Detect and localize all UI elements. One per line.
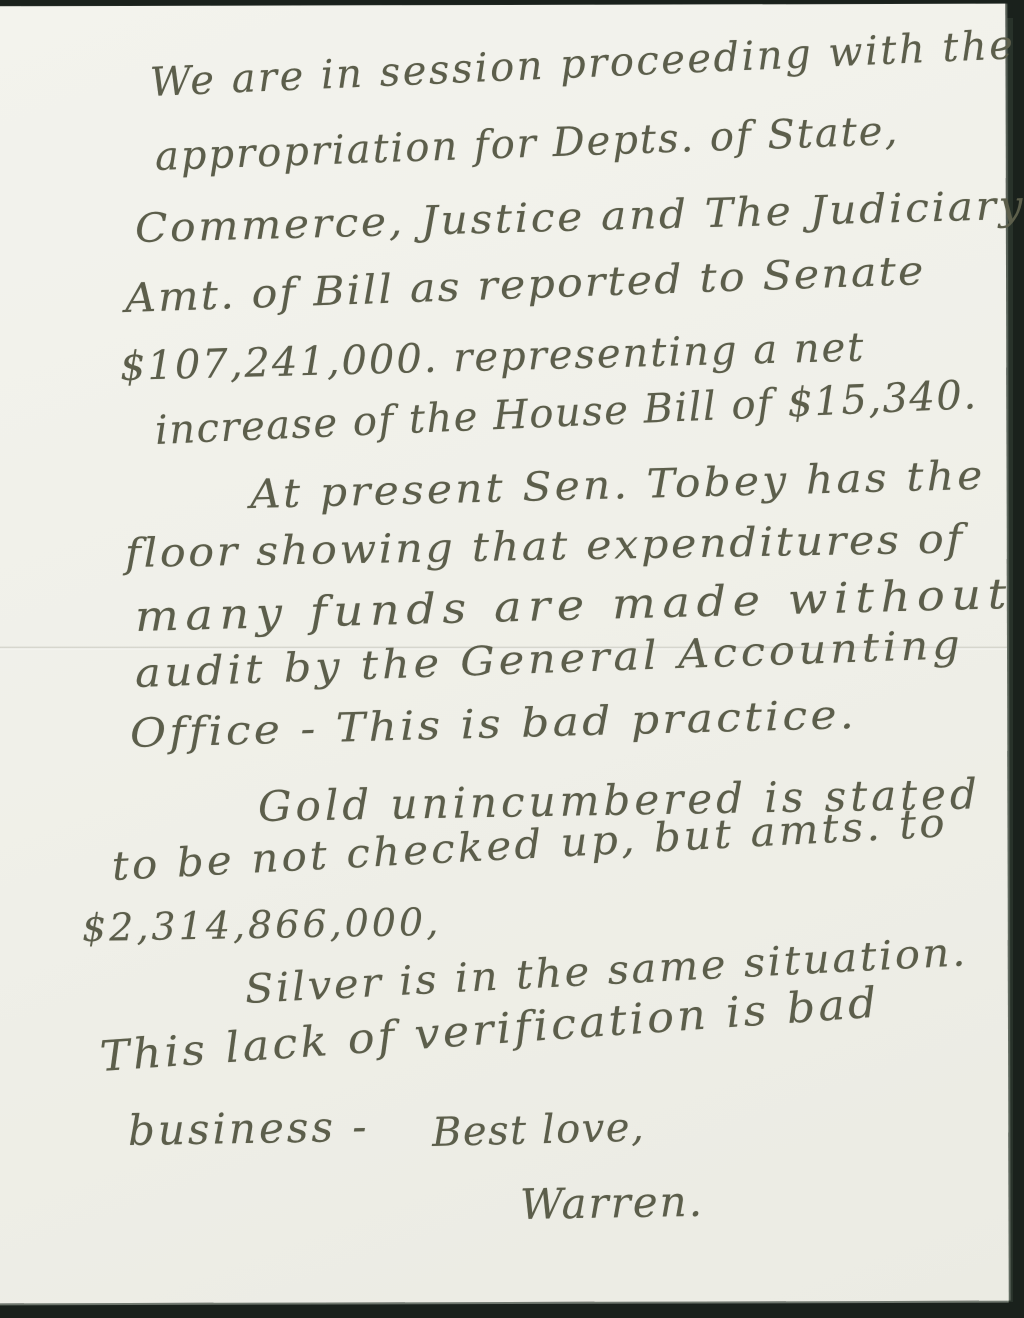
letter-signature: Warren. bbox=[520, 1177, 705, 1229]
scan-background: We are in session proceeding with the ap… bbox=[0, 0, 1024, 1318]
letter-line-17: business - bbox=[128, 1102, 370, 1155]
letter-line-14: $2,314,866,000, bbox=[82, 900, 442, 950]
letter-closing: Best love, bbox=[431, 1104, 645, 1156]
